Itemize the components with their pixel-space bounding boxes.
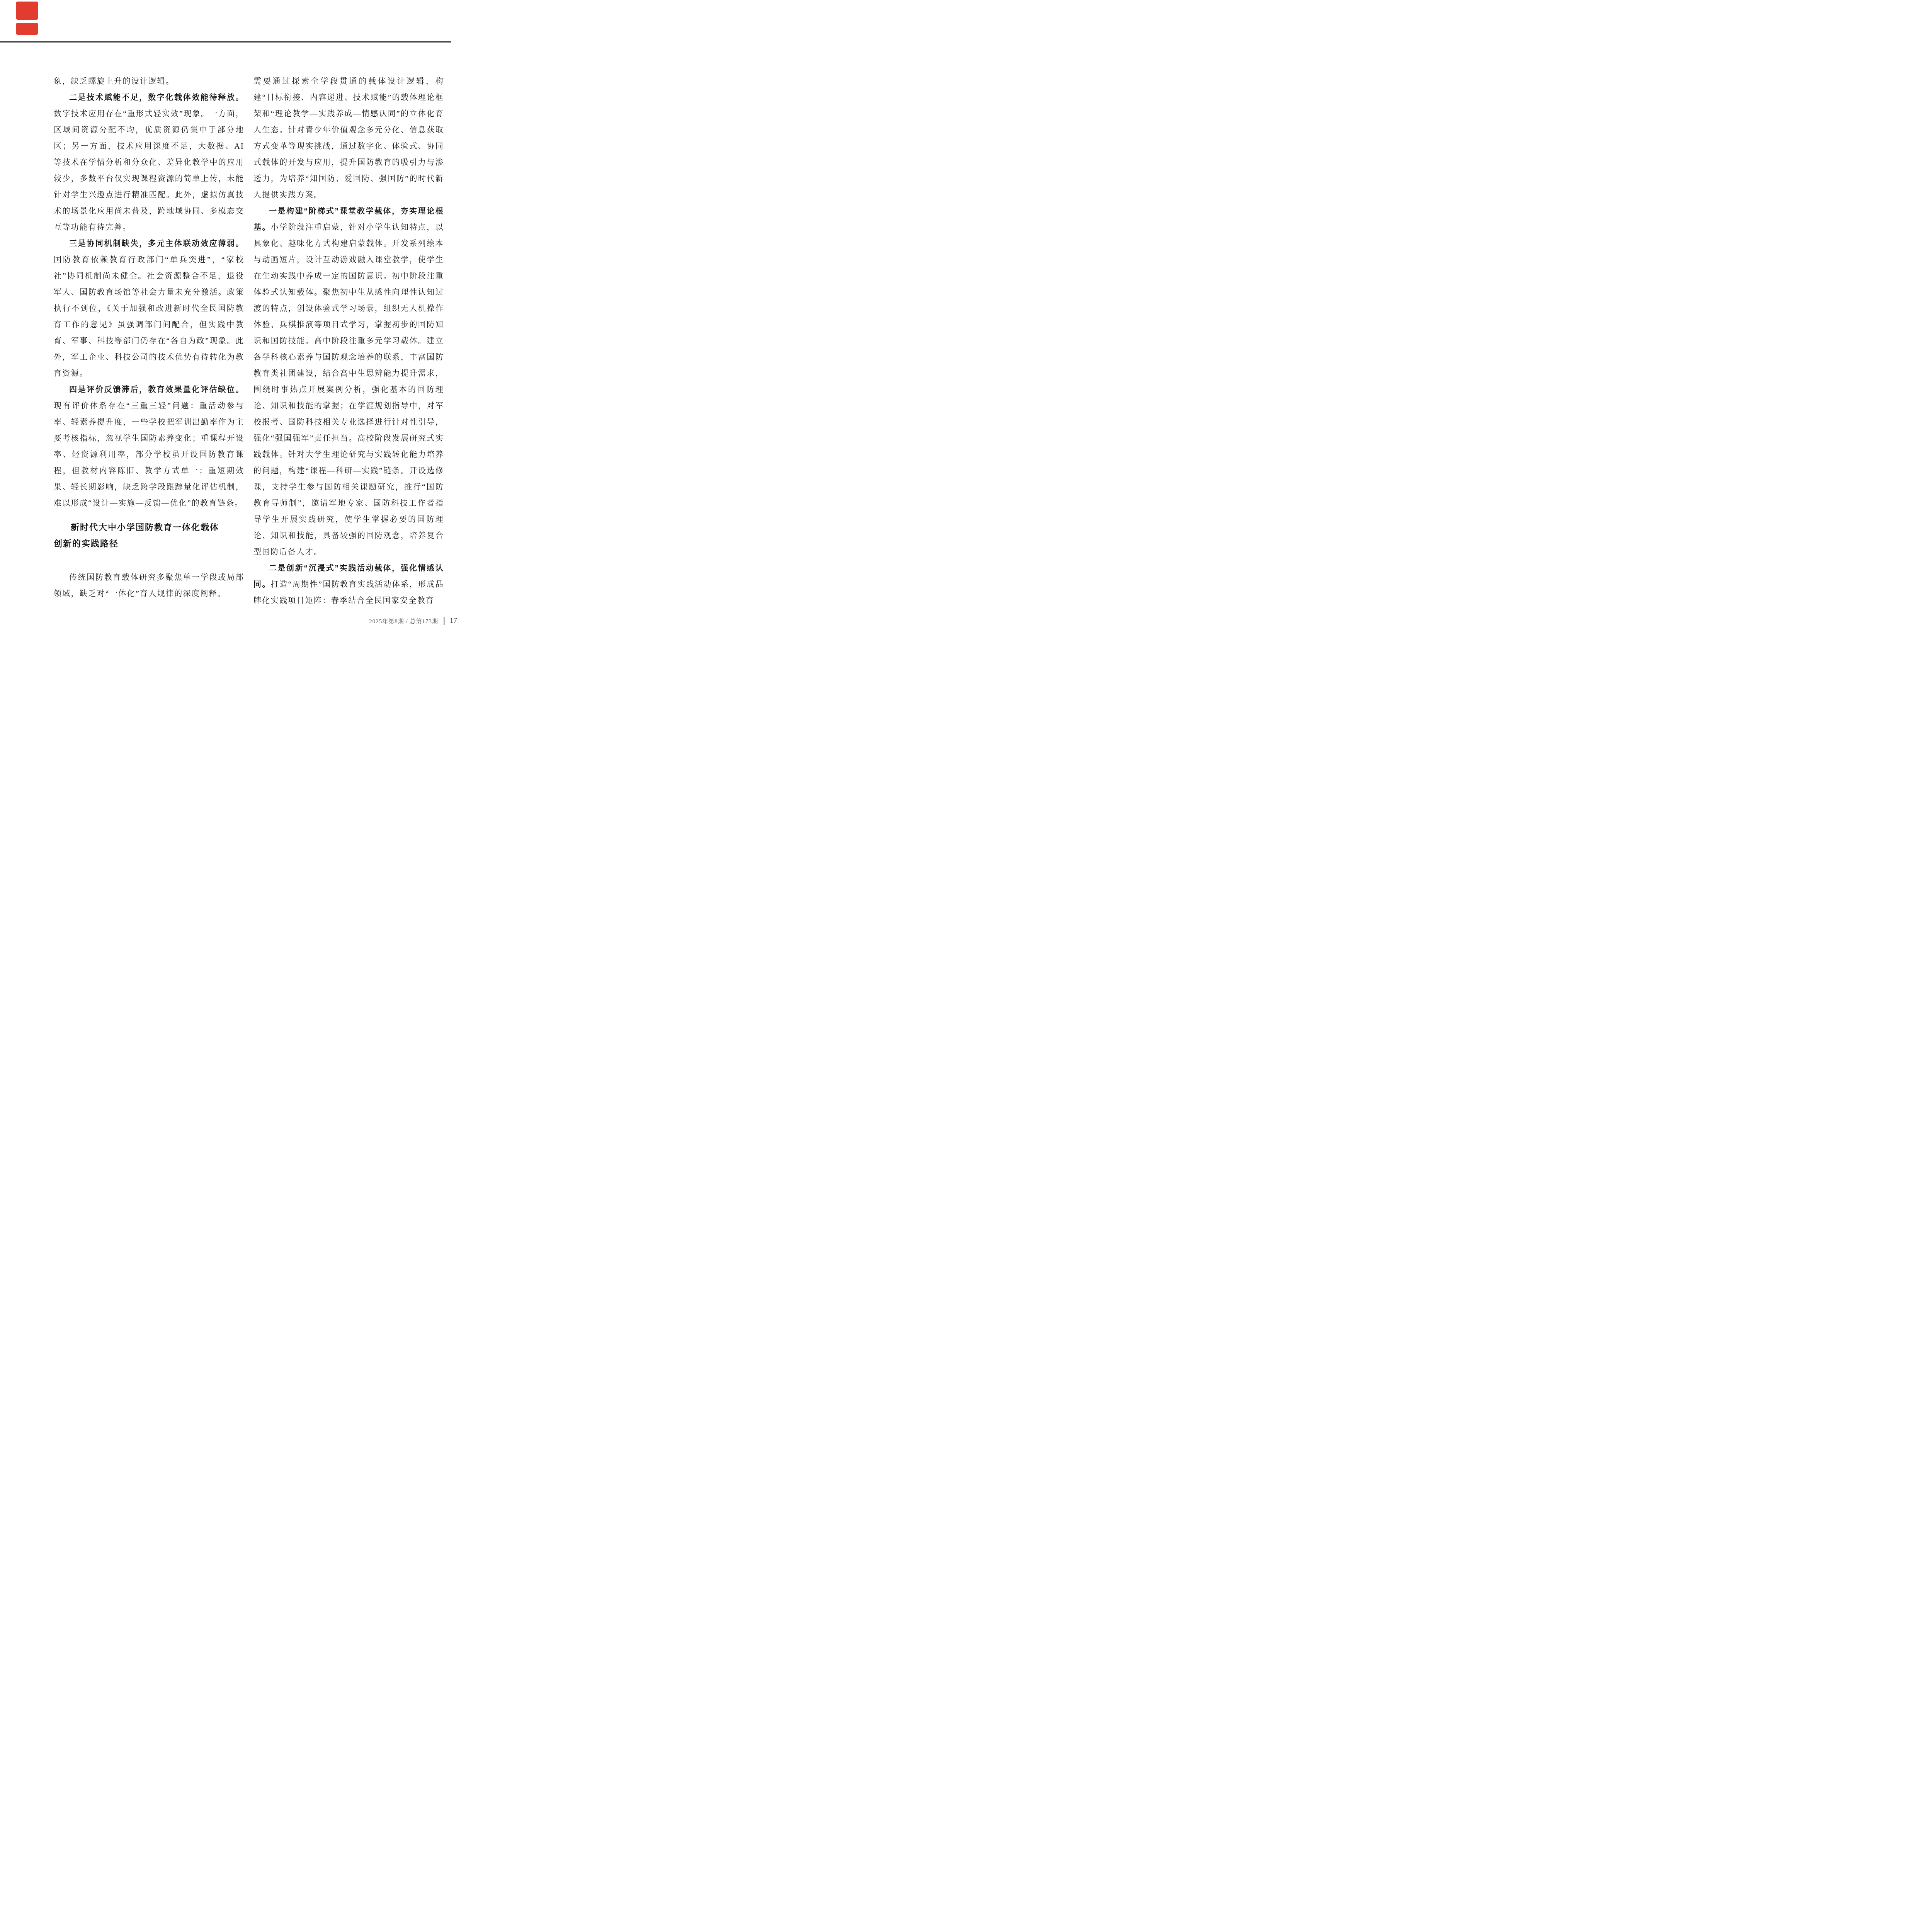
paragraph-text: 需要通过探索全学段贯通的载体设计逻辑，构建“目标衔接、内容递进、技术赋能”的载体… — [253, 77, 444, 199]
paragraph: 四是评价反馈滞后，教育效果量化评估缺位。现有评价体系存在“三重三轻”问题：重活动… — [54, 382, 244, 512]
text-column-right: 需要通过探索全学段贯通的载体设计逻辑，构建“目标衔接、内容递进、技术赋能”的载体… — [253, 73, 444, 609]
section-heading: 新时代大中小学国防教育一体化载体创新的实践路径 — [54, 519, 244, 552]
page-footer: 2025年第8期 / 总第173期 17 — [369, 617, 457, 625]
text-column-left: 象，缺乏螺旋上升的设计逻辑。二是技术赋能不足，数字化载体效能待释放。数字技术应用… — [54, 73, 244, 602]
journal-page: { "colors": { "accent_red": "#e23b30", "… — [0, 0, 491, 650]
paragraph-lead-bold: 二是技术赋能不足，数字化载体效能待释放。 — [69, 94, 244, 102]
paragraph-text: 现有评价体系存在“三重三轻”问题：重活动参与率、轻素养提升度，一些学校把军训出勤… — [54, 402, 244, 508]
paragraph-text: 数字技术应用存在“重形式轻实效”现象。一方面，区域间资源分配不均，优质资源仍集中… — [54, 110, 244, 232]
paragraph: 二是技术赋能不足，数字化载体效能待释放。数字技术应用存在“重形式轻实效”现象。一… — [54, 90, 244, 236]
paragraph-text: 象，缺乏螺旋上升的设计逻辑。 — [54, 77, 174, 86]
corner-tab-icon — [16, 23, 38, 35]
paragraph: 一是构建“阶梯式”课堂教学载体，夯实理论根基。小学阶段注重启蒙，针对小学生认知特… — [253, 203, 444, 560]
paragraph: 三是协同机制缺失，多元主体联动效应薄弱。国防教育依赖教育行政部门“单兵突进”，“… — [54, 236, 244, 382]
paragraph-lead-bold: 四是评价反馈滞后，教育效果量化评估缺位。 — [69, 386, 244, 394]
paragraph: 象，缺乏螺旋上升的设计逻辑。 — [54, 73, 244, 90]
paragraph: 需要通过探索全学段贯通的载体设计逻辑，构建“目标衔接、内容递进、技术赋能”的载体… — [253, 73, 444, 203]
corner-tab-icon — [16, 2, 38, 20]
paragraph-text: 国防教育依赖教育行政部门“单兵突进”，“家校社”协同机制尚未健全。社会资源整合不… — [54, 256, 244, 378]
footer-divider-bar — [444, 617, 445, 625]
paragraph-text: 小学阶段注重启蒙，针对小学生认知特点，以具象化、趣味化方式构建启蒙载体。开发系列… — [253, 223, 444, 556]
issue-info: 2025年第8期 / 总第173期 — [369, 617, 438, 625]
page-number: 17 — [450, 617, 457, 625]
header-rule — [0, 41, 451, 43]
paragraph-text: 传统国防教育载体研究多聚焦单一学段或局部领域，缺乏对“一体化”育人规律的深度阐释… — [54, 573, 244, 598]
paragraph-lead-bold: 三是协同机制缺失，多元主体联动效应薄弱。 — [69, 240, 244, 248]
paragraph: 二是创新“沉浸式”实践活动载体，强化情感认同。打造“周期性”国防教育实践活动体系… — [253, 560, 444, 609]
paragraph-text: 打造“周期性”国防教育实践活动体系，形成品牌化实践项目矩阵：春季结合全民国家安全… — [253, 580, 444, 605]
paragraph: 传统国防教育载体研究多聚焦单一学段或局部领域，缺乏对“一体化”育人规律的深度阐释… — [54, 570, 244, 602]
